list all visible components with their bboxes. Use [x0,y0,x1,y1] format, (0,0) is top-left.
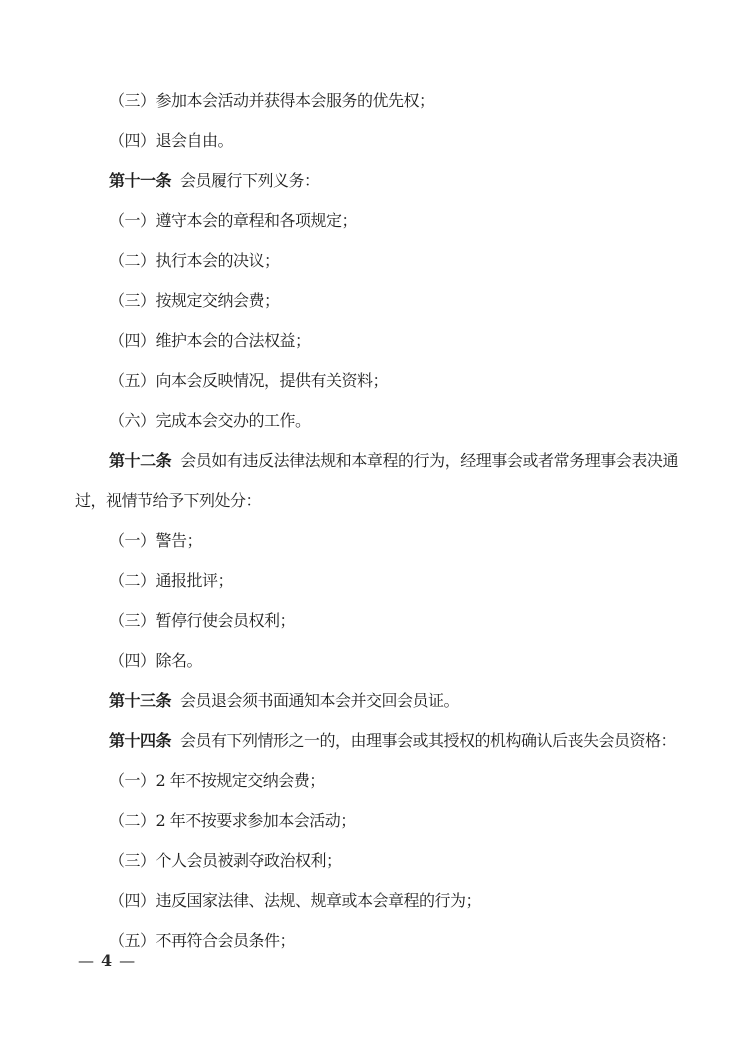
paragraph-text: （一）警告； [109,531,202,550]
paragraph-text: （三）参加本会活动并获得本会服务的优先权； [109,91,435,110]
item-paragraph: （五）不再符合会员条件； [75,921,678,961]
item-paragraph: （二）2 年不按要求参加本会活动； [75,801,678,841]
article-paragraph: 第十三条会员退会须书面通知本会并交回会员证。 [75,681,678,721]
paragraph-text: （二）执行本会的决议； [109,251,280,270]
paragraph-text: （一）2 年不按规定交纳会费； [109,771,325,790]
item-paragraph: （三）个人会员被剥夺政治权利； [75,841,678,881]
article-paragraph: 第十四条会员有下列情形之一的，由理事会或其授权的机构确认后丧失会员资格： [75,721,678,761]
paragraph-text: （三）按规定交纳会费； [109,291,280,310]
paragraph-text: （五）不再符合会员条件； [109,931,295,950]
article-number-label: 第十四条 [109,731,171,750]
page-footer: —4— [78,950,135,972]
article-paragraph: 第十二条会员如有违反法律法规和本章程的行为，经理事会或者常务理事会表决通过，视情… [75,441,678,521]
paragraph-text: （二）2 年不按要求参加本会活动； [109,811,356,830]
item-paragraph: （一）遵守本会的章程和各项规定； [75,201,678,241]
article-number-label: 第十二条 [109,451,171,470]
item-paragraph: （三）按规定交纳会费； [75,281,678,321]
item-paragraph: （四）退会自由。 [75,121,678,161]
paragraph-text: （六）完成本会交办的工作。 [109,411,311,430]
paragraph-text: （五）向本会反映情况，提供有关资料； [109,371,388,390]
item-paragraph: （四）维护本会的合法权益； [75,321,678,361]
paragraph-text: （四）违反国家法律、法规、规章或本会章程的行为； [109,891,481,910]
paragraph-text: 会员退会须书面通知本会并交回会员证。 [180,691,459,710]
article-paragraph: 第十一条会员履行下列义务： [75,161,678,201]
item-paragraph: （一）2 年不按规定交纳会费； [75,761,678,801]
item-paragraph: （二）执行本会的决议； [75,241,678,281]
item-paragraph: （三）暂停行使会员权利； [75,601,678,641]
paragraph-text: 会员履行下列义务： [180,171,320,190]
item-paragraph: （四）除名。 [75,641,678,681]
article-number-label: 第十一条 [109,171,171,190]
document-page: （三）参加本会活动并获得本会服务的优先权； （四）退会自由。 第十一条会员履行下… [0,0,753,1064]
item-paragraph: （四）违反国家法律、法规、规章或本会章程的行为； [75,881,678,921]
item-paragraph: （六）完成本会交办的工作。 [75,401,678,441]
paragraph-text: （四）退会自由。 [109,131,233,150]
paragraph-text: （一）遵守本会的章程和各项规定； [109,211,357,230]
paragraph-text: 会员有下列情形之一的，由理事会或其授权的机构确认后丧失会员资格： [180,731,676,750]
footer-left-dash: — [78,951,94,970]
item-paragraph: （一）警告； [75,521,678,561]
article-number-label: 第十三条 [109,691,171,710]
item-paragraph: （二）通报批评； [75,561,678,601]
paragraph-text: （四）维护本会的合法权益； [109,331,311,350]
page-number: 4 [101,951,112,970]
paragraph-text: （二）通报批评； [109,571,233,590]
item-paragraph: （五）向本会反映情况，提供有关资料； [75,361,678,401]
item-paragraph: （三）参加本会活动并获得本会服务的优先权； [75,81,678,121]
document-body: （三）参加本会活动并获得本会服务的优先权； （四）退会自由。 第十一条会员履行下… [75,81,678,961]
paragraph-text: （四）除名。 [109,651,202,670]
footer-right-dash: — [119,951,135,970]
paragraph-text: （三）暂停行使会员权利； [109,611,295,630]
paragraph-text: （三）个人会员被剥夺政治权利； [109,851,342,870]
